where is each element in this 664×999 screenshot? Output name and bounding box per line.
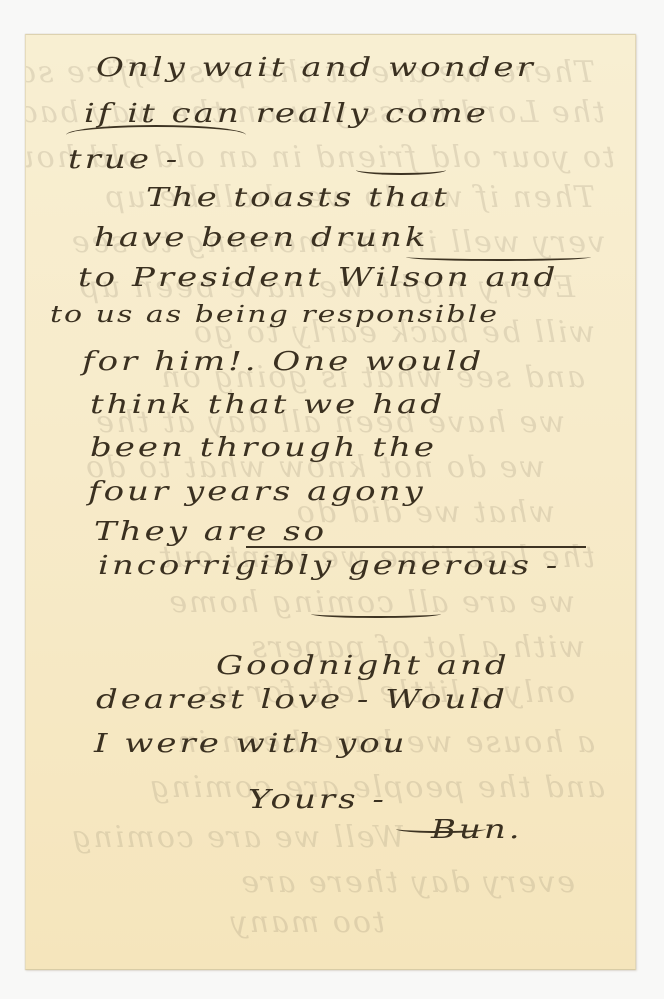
letter-line: Goodnight and [216, 650, 510, 681]
letter-line: to us as being responsible [50, 301, 499, 328]
letter-line: think that we had [90, 389, 445, 420]
letter-line: to President Wilson and [78, 262, 558, 293]
pen-flourish [311, 610, 441, 618]
letter-page: There we are at the post office so the L… [25, 34, 636, 970]
letter-line: true - [68, 144, 180, 175]
bleed-line: Well we are coming [70, 820, 405, 855]
letter-line: I were with you [94, 728, 408, 759]
pen-flourish [396, 825, 486, 833]
letter-closing: Yours - [248, 784, 387, 815]
letter-line: been through the [90, 432, 437, 463]
bleed-line: too many [229, 905, 385, 940]
letter-line: for him!. One would [82, 346, 484, 377]
bleed-line: every day there are [239, 865, 575, 900]
pen-underline [406, 253, 591, 261]
letter-line: four years agony [88, 476, 426, 507]
letter-line: Only wait and wonder [96, 52, 536, 83]
letter-line: have been drunk [94, 222, 428, 253]
letter-line: dearest love - Would [96, 684, 508, 715]
letter-line: incorrigibly generous - [98, 550, 560, 581]
pen-flourish [246, 540, 586, 548]
pen-flourish [66, 125, 246, 145]
pen-underline [356, 165, 446, 175]
letter-line: The toasts that [146, 182, 450, 213]
